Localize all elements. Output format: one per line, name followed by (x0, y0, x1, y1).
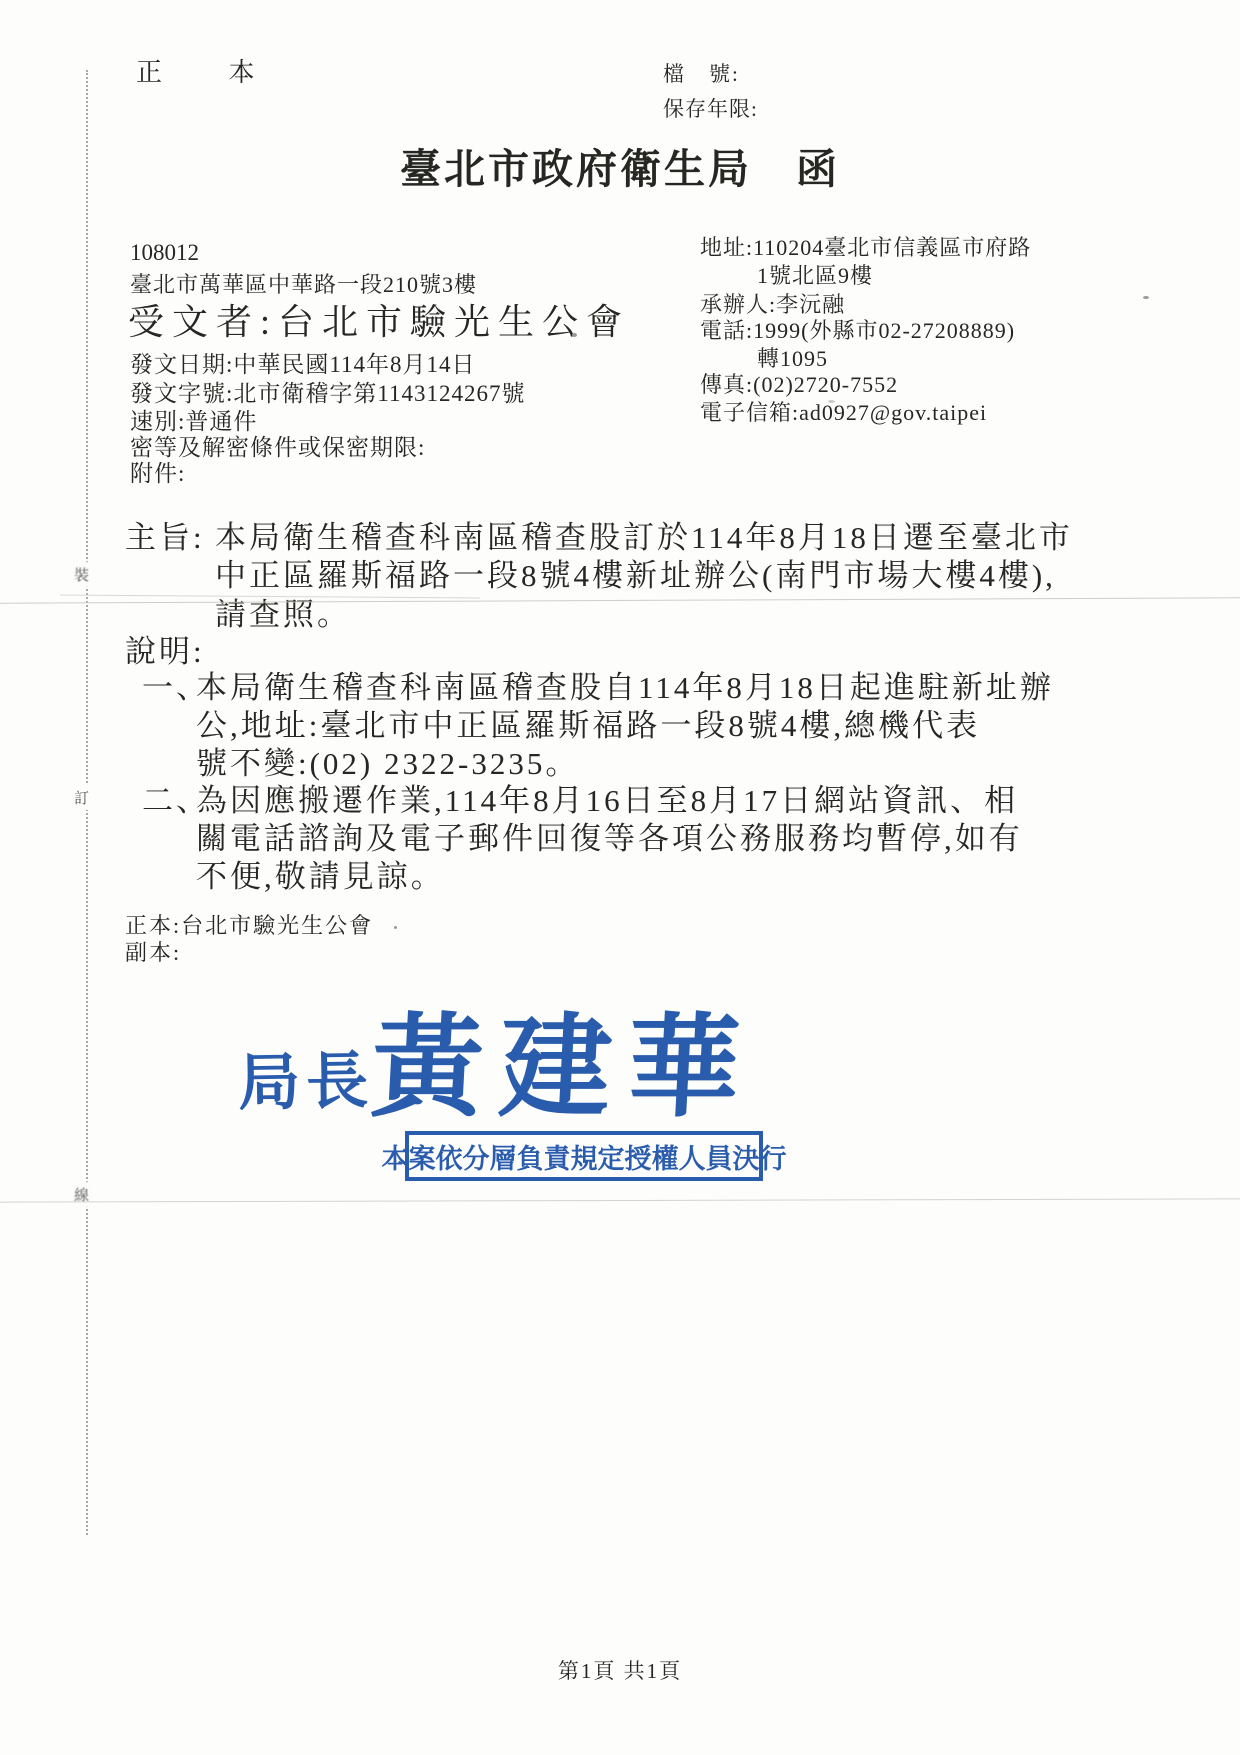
contact-phone-line1: 電話:1999(外縣市02-27208889) (700, 314, 1015, 345)
recipient-line: 受文者:台北市驗光生公會 (128, 294, 630, 345)
contact-email: 電子信箱:ad0927@gov.taipei (700, 396, 987, 427)
attachment-label: 附件: (130, 455, 185, 488)
scan-speck (394, 926, 397, 929)
page-number-footer: 第1頁 共1頁 (0, 1655, 1240, 1685)
item2-line-3: 不便,敬請見諒。 (196, 851, 445, 896)
binding-mark-ding: 訂 (74, 785, 89, 810)
scan-speck (572, 333, 577, 337)
delegation-stamp-text: 本案依分層負責規定授權人員決行 (382, 1137, 787, 1176)
agency-address-line1: 地址:110204臺北市信義區市府路 (700, 231, 1031, 262)
file-number-label: 檔 號: (663, 58, 740, 88)
recipient-postal-code: 108012 (130, 240, 199, 266)
scan-speck (1143, 296, 1149, 299)
subject-label: 主旨: (125, 512, 205, 557)
delegation-authorization-stamp: 本案依分層負責規定授權人員決行 (405, 1131, 763, 1181)
director-signature-stamp: 黃建華 (368, 978, 760, 1139)
scanned-official-letter: { "page": { "copy_type": "正 本", "file_la… (0, 0, 1240, 1755)
contact-fax: 傳真:(02)2720-7552 (700, 368, 898, 399)
director-title-stamp: 局長 (237, 1031, 375, 1122)
binding-mark-zhuang: 裝 (74, 562, 89, 587)
paper-crease (0, 597, 1240, 603)
binding-mark-xian: 線 (74, 1182, 89, 1207)
agency-address-line2: 1號北區9樓 (757, 259, 873, 290)
document-title: 臺北市政府衛生局 函 (0, 136, 1240, 195)
paper-crease (0, 1198, 1240, 1202)
copy-type-label: 正 本 (136, 52, 285, 89)
scan-speck (828, 400, 835, 403)
retention-period-label: 保存年限: (663, 93, 758, 123)
carbon-copy-label: 副本: (125, 936, 181, 967)
